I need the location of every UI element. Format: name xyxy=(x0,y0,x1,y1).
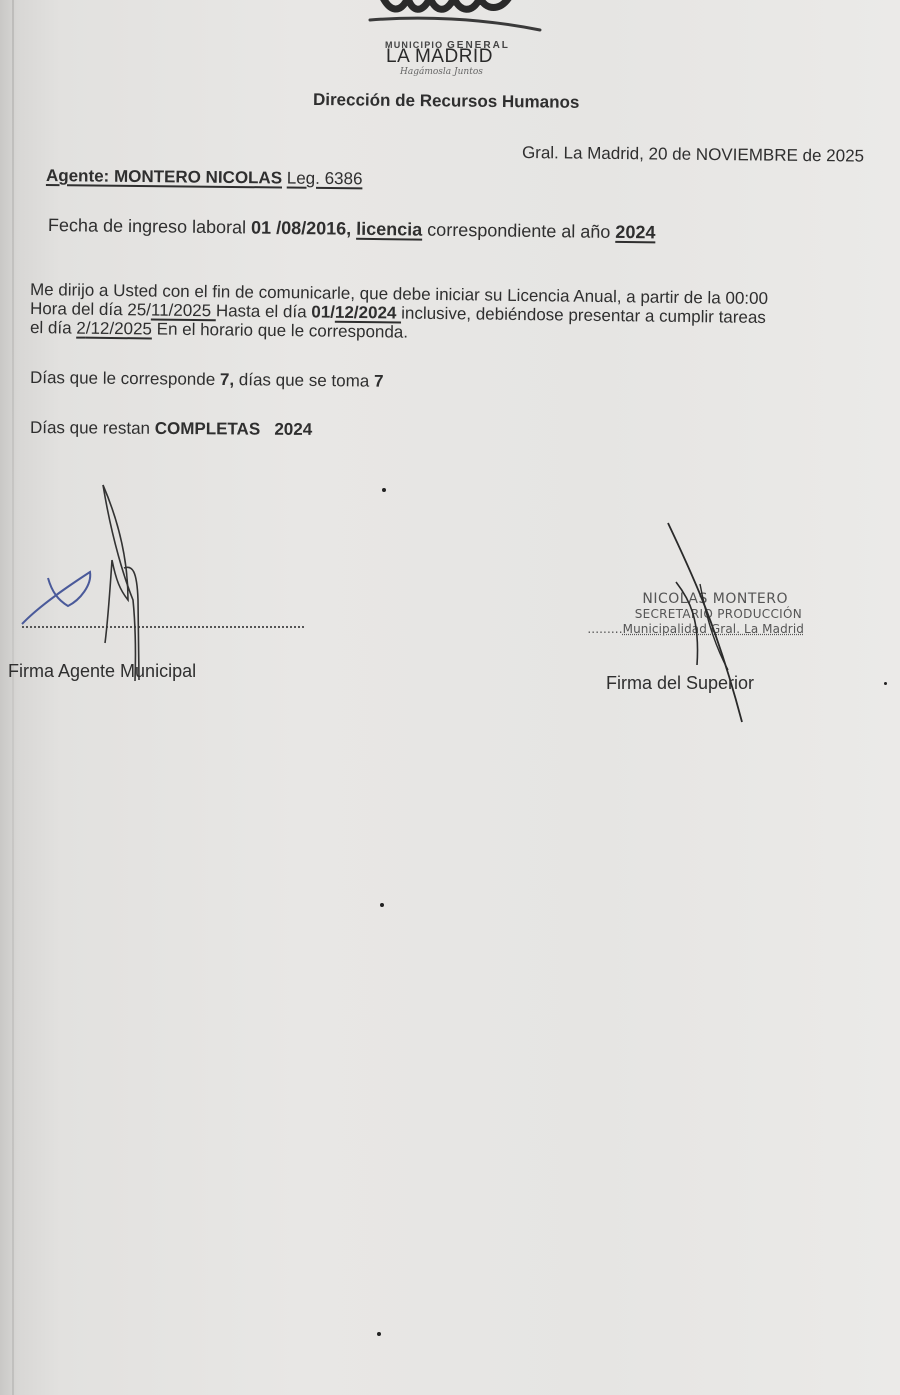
municipal-logo: MUNICIPIO GENERAL LA MADRID Hagámosla Ju… xyxy=(360,0,560,82)
agent-signature-line xyxy=(22,626,304,628)
body-line-3: el día 2/12/2025 En el horario que le co… xyxy=(30,318,408,343)
days-entitled-label: Días que le corresponde xyxy=(30,368,220,389)
days-remaining-line: Días que restan COMPLETAS 2024 xyxy=(30,418,312,440)
stamp-org-text: Municipalidad Gral. La Madrid xyxy=(623,622,804,636)
agent-name: Agente: MONTERO NICOLAS xyxy=(46,166,282,187)
ingreso-middle: correspondiente al año xyxy=(422,220,615,242)
horario-text: En el horario que le corresponda. xyxy=(152,319,408,341)
stamp-org: .........Municipalidad Gral. La Madrid xyxy=(560,622,810,637)
superior-stamp: NICOLAS MONTERO SECRETARIO PRODUCCIÓN ..… xyxy=(560,592,810,637)
stamp-title: SECRETARIO PRODUCCIÓN xyxy=(560,607,810,622)
days-entitled-value: 7, xyxy=(220,370,234,389)
paper-speck xyxy=(382,488,386,492)
days-remaining-label: Días que restan xyxy=(30,418,155,438)
department-title: Dirección de Recursos Humanos xyxy=(313,90,580,113)
stamp-name: NICOLAS MONTERO xyxy=(560,592,810,607)
ingreso-date: 01 /08/2016, xyxy=(251,217,351,238)
superior-signature-caption: Firma del Superior xyxy=(606,673,754,694)
days-taken-value: 7 xyxy=(374,372,384,391)
ingreso-line: Fecha de ingreso laboral 01 /08/2016, li… xyxy=(48,215,656,243)
agent-signature-icon xyxy=(0,0,900,1395)
start-label: Hora del día 25/ xyxy=(30,299,151,319)
days-remaining-value: COMPLETAS 2024 xyxy=(155,419,313,439)
licencia-year: 2024 xyxy=(615,222,655,242)
logo-name: LA MADRID xyxy=(386,47,493,66)
return-day: 2 xyxy=(76,319,86,338)
paper-speck xyxy=(377,1332,381,1336)
licencia-label: licencia xyxy=(356,219,422,240)
ingreso-label: Fecha de ingreso laboral xyxy=(48,215,251,237)
place-date: Gral. La Madrid, 20 de NOVIEMBRE de 2025 xyxy=(522,143,864,167)
agent-line: Agente: MONTERO NICOLAS Leg. 6386 xyxy=(46,166,363,189)
end-label: Hasta el día xyxy=(216,301,312,321)
days-taken-label: días que se toma xyxy=(234,370,374,390)
inclusive-text: inclusive, debiéndose presentar a cumpli… xyxy=(401,304,766,327)
return-date: /12/2025 xyxy=(86,319,152,339)
agent-signature-caption: Firma Agente Municipal xyxy=(8,661,196,682)
return-label: el día xyxy=(30,318,77,338)
brushstroke-logo-icon xyxy=(360,0,560,40)
end-date: 12/2024 xyxy=(335,303,401,323)
paper-speck xyxy=(884,682,887,685)
start-date: 11/2025 xyxy=(151,300,216,320)
days-entitled-line: Días que le corresponde 7, días que se t… xyxy=(30,368,384,392)
agent-legajo: Leg. 6386 xyxy=(287,169,363,189)
stamp-dotted-leader: ......... xyxy=(587,622,622,636)
logo-slogan: Hagámosla Juntos xyxy=(400,67,483,77)
superior-signature-icon xyxy=(0,0,900,1395)
paper-speck xyxy=(380,903,384,907)
end-day: 01/ xyxy=(311,302,335,321)
paper-fold-edge xyxy=(12,0,14,1395)
